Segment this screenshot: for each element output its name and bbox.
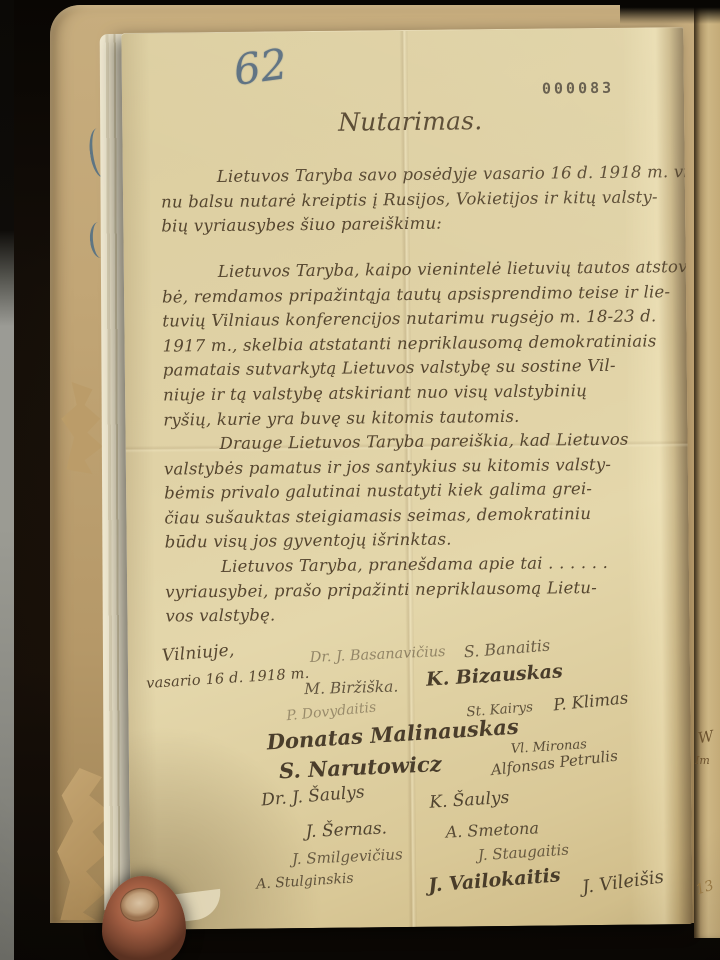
signature-bizauskas: K. Bizauskas <box>425 660 563 691</box>
document-title: Nutarimas. <box>300 106 520 137</box>
signature-narutowicz: S. Narutowicz <box>278 751 442 783</box>
table-edge <box>0 0 14 960</box>
text-line: vos valstybę. <box>165 599 681 629</box>
signature-k-saulys: K. Šaulys <box>429 788 510 813</box>
photograph: 62 000083 Nutarimas. Lietuvos Taryba sav… <box>0 0 720 960</box>
signature-smilgevicius: J. Smilgevičius <box>292 845 403 868</box>
signature-stulginskis: A. Stulginskis <box>256 870 354 892</box>
signature-klimas: P. Klimas <box>552 688 629 714</box>
document-page: 62 000083 Nutarimas. Lietuvos Taryba sav… <box>121 27 692 930</box>
handwriting-fragment: Im <box>695 754 710 767</box>
fingernail <box>117 884 162 924</box>
dateline-date: vasario 16 d. 1918 m. <box>146 666 310 692</box>
signature-basanavicius: Dr. J. Basanavičius <box>310 644 446 666</box>
text-line: bių vyriausybes šiuo pareiškimu: <box>161 209 677 239</box>
signature-staugaitis: J. Staugaitis <box>477 841 569 865</box>
signature-smetona: A. Smetona <box>445 818 539 841</box>
signature-banaitis: S. Banaitis <box>463 636 551 662</box>
handwriting-fragment: W <box>697 727 715 747</box>
paragraph-3: Drauge Lietuvos Taryba pareiškia, kad Li… <box>164 427 681 555</box>
paragraph-4: Lietuvos Taryba, pranešdama apie tai . .… <box>165 550 682 629</box>
signature-vailokaitis: J. Vailokaitis <box>427 864 561 897</box>
paragraph-2: Lietuvos Taryba, kaipo vienintelė lietuv… <box>162 255 680 433</box>
paragraph-1: Lietuvos Taryba savo posėdyje vasario 16… <box>161 160 678 239</box>
archive-stamp-number: 000083 <box>542 79 614 98</box>
cover-corner-shadow <box>620 0 720 24</box>
signature-birziska: M. Biržiška. <box>304 677 399 698</box>
signature-vileisis: J. Vileišis <box>581 866 665 898</box>
signature-j-saulys: Dr. J. Šaulys <box>261 782 366 810</box>
signature-sernas: J. Šernas. <box>305 818 387 842</box>
signature-dovydaitis: P. Dovydaitis <box>286 700 377 725</box>
adjacent-page-edge: W Im 13 <box>694 0 720 938</box>
handwriting-fragment: 13 <box>694 878 716 899</box>
dateline-place: Vilniuje, <box>161 640 235 666</box>
page-number-pencil: 62 <box>231 39 290 95</box>
